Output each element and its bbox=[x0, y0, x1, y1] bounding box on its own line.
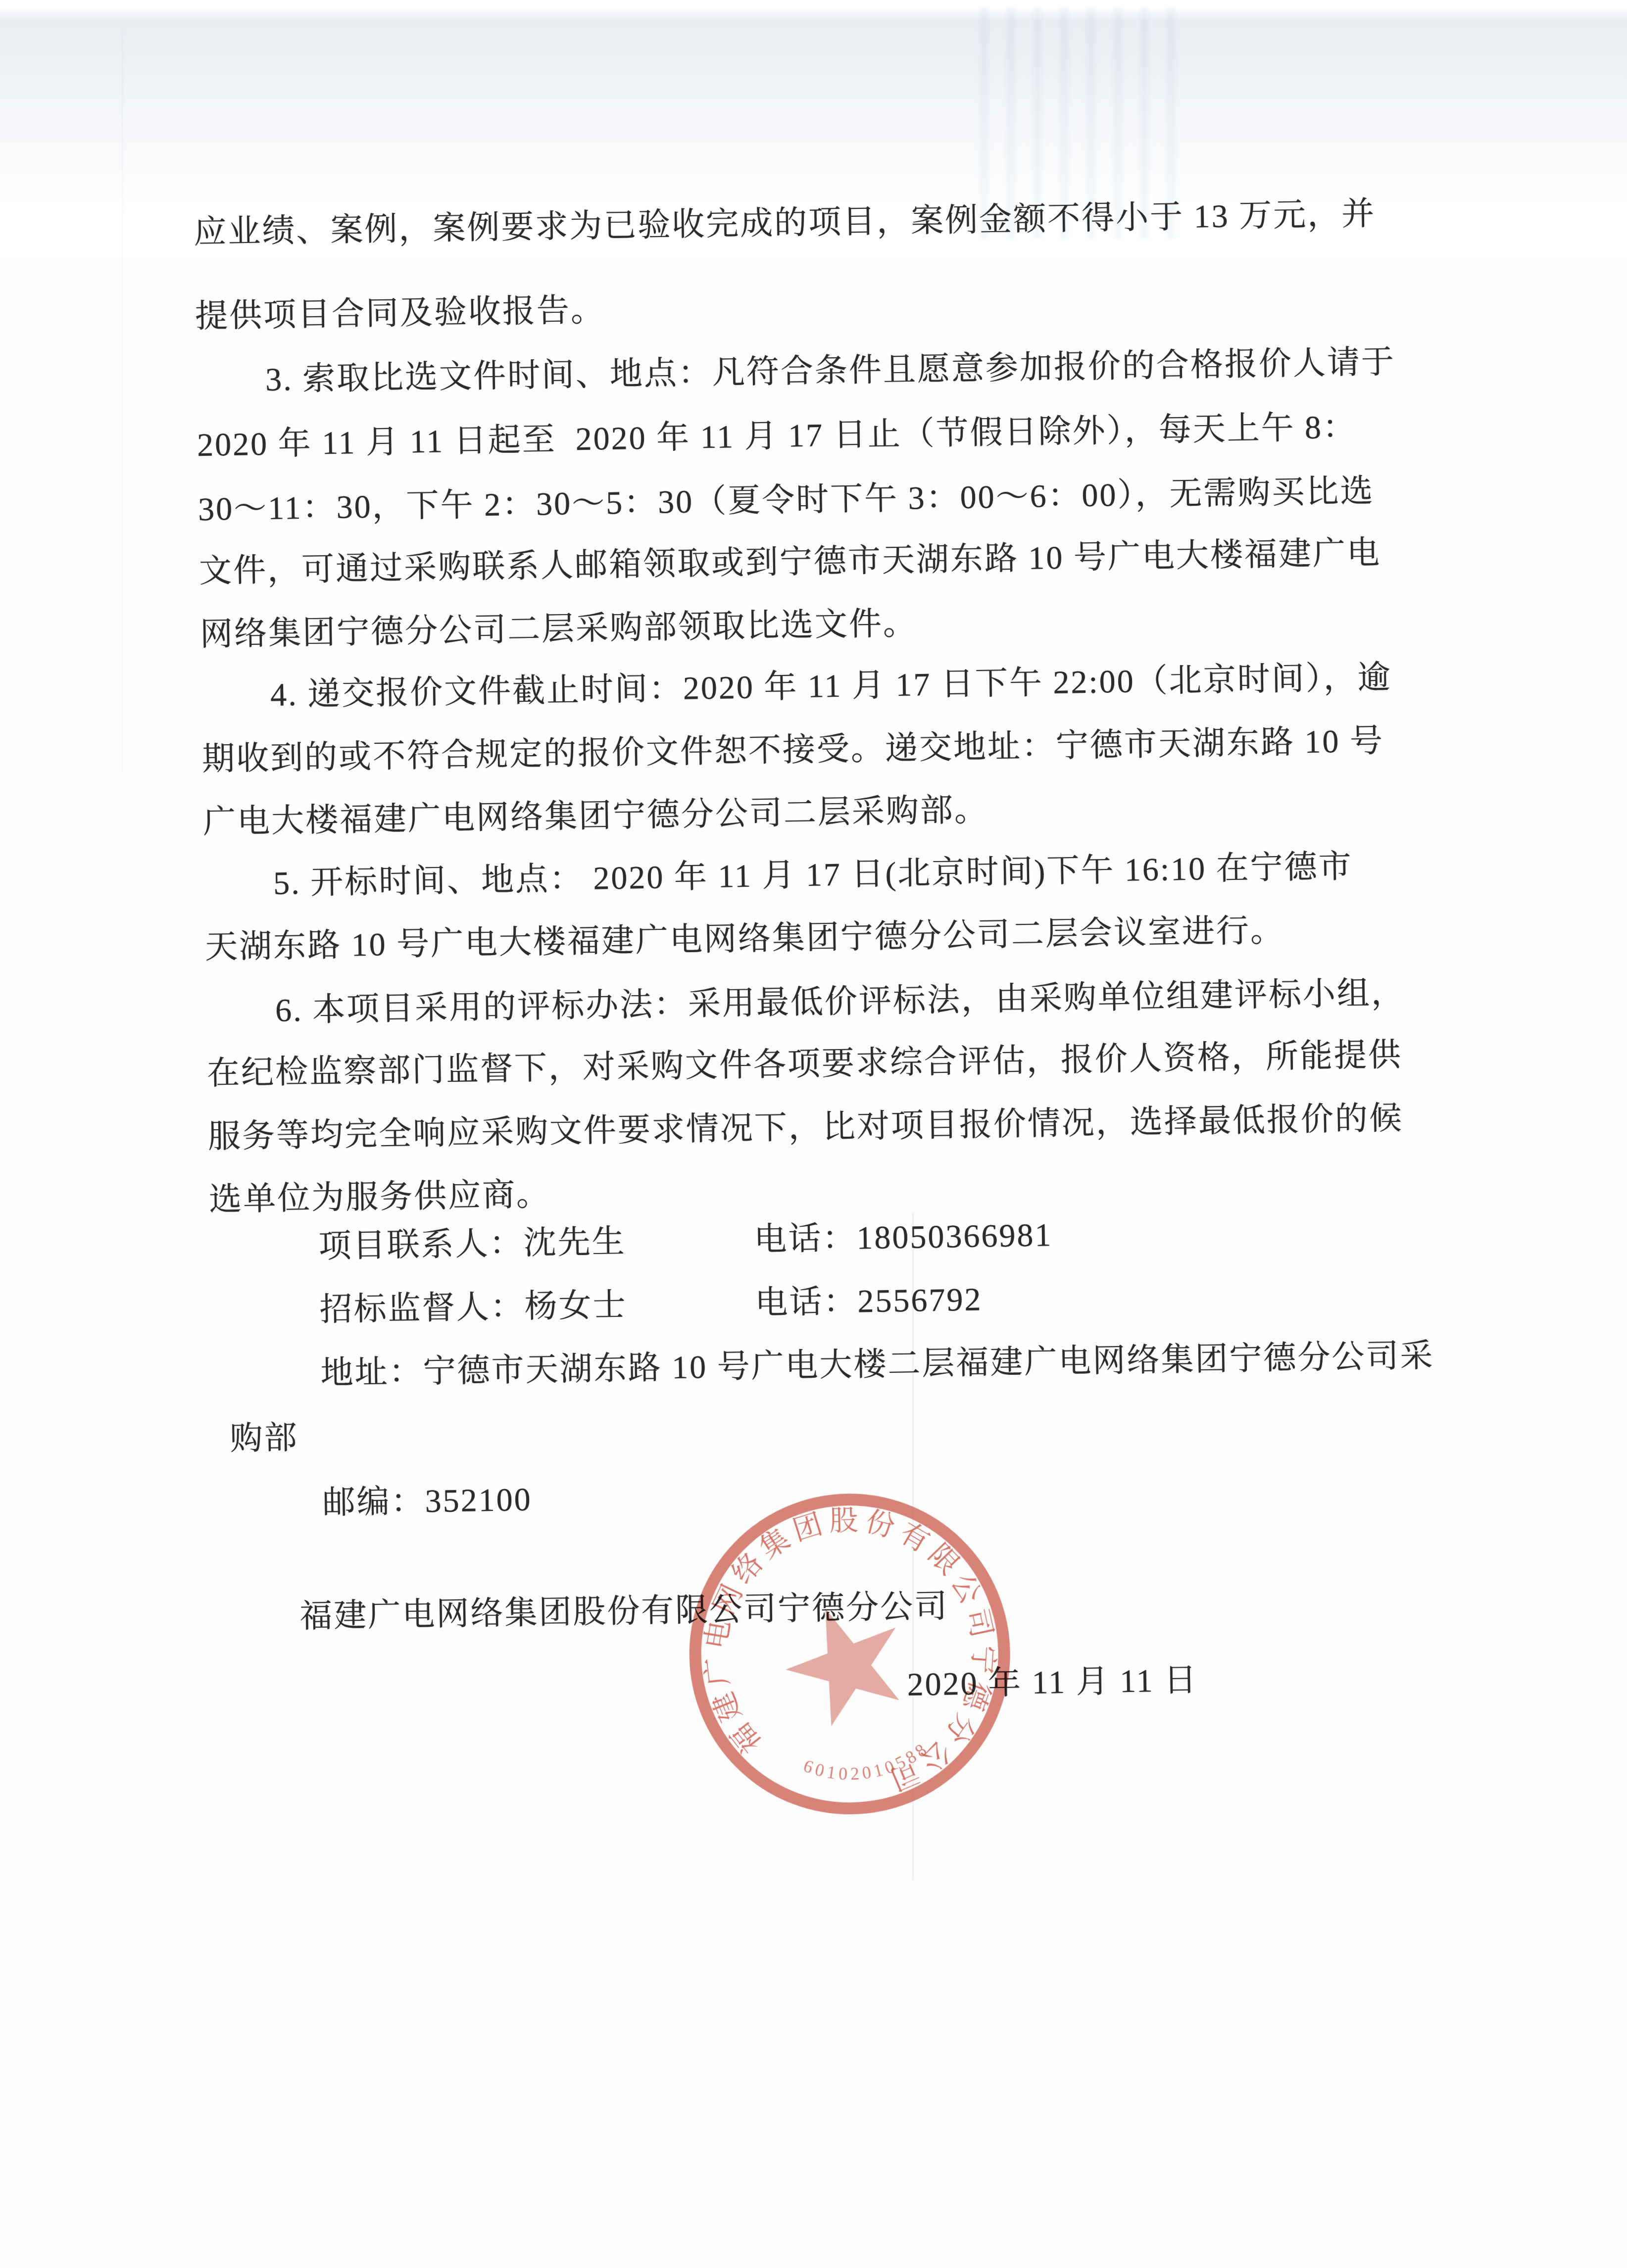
body-line: 网络集团宁德分公司二层采购部领取比选文件。 bbox=[199, 596, 917, 655]
address-line-continued: 购部 bbox=[230, 1411, 298, 1459]
body-line-item-3: 3. 索取比选文件时间、地点：凡符合条件且愿意参加报价的合格报价人请于 bbox=[265, 335, 1395, 400]
body-line: 在纪检监察部门监督下，对采购文件各项要求综合评估，报价人资格，所能提供 bbox=[206, 1028, 1402, 1094]
company-seal: 福建广电网络集团股份有限公司宁德分公司 60102010588 bbox=[659, 1463, 1041, 1847]
body-line: 广电大楼福建广电网络集团宁德分公司二层采购部。 bbox=[202, 783, 988, 842]
body-line: 服务等均完全响应采购文件要求情况下，比对项目报价情况，选择最低报价的候 bbox=[207, 1091, 1403, 1157]
scanned-document-page: 应业绩、案例，案例要求为已验收完成的项目，案例金额不得小于 13 万元，并 提供… bbox=[0, 0, 1627, 2268]
project-contact-label: 项目联系人：沈先生 bbox=[318, 1215, 626, 1267]
bid-supervisor-label: 招标监督人：杨女士 bbox=[319, 1278, 627, 1330]
address-line: 地址：宁德市天湖东路 10 号广电大楼二层福建广电网络集团宁德分公司采 bbox=[320, 1329, 1434, 1393]
company-seal-graphic: 福建广电网络集团股份有限公司宁德分公司 60102010588 bbox=[659, 1463, 1041, 1845]
body-line-item-4: 4. 递交报价文件截止时间：2020 年 11 月 17 日下午 22:00（北… bbox=[270, 650, 1392, 715]
body-line: 选单位为服务供应商。 bbox=[208, 1167, 550, 1220]
body-line-item-6: 6. 本项目采用的评标办法：采用最低价评标法，由采购单位组建评标小组， bbox=[275, 966, 1405, 1031]
body-line: 期收到的或不符合规定的报价文件恕不接受。递交地址：宁德市天湖东路 10 号 bbox=[201, 714, 1384, 779]
body-line: 2020 年 11 月 11 日起至 2020 年 11 月 17 日止（节假日… bbox=[197, 400, 1357, 465]
body-line: 文件，可通过采购联系人邮箱领取或到宁德市天湖东路 10 号广电大楼福建广电 bbox=[198, 526, 1381, 591]
body-line: 天湖东路 10 号广电大楼福建广电网络集团宁德分公司二层会议室进行。 bbox=[204, 904, 1284, 967]
body-line: 应业绩、案例，案例要求为已验收完成的项目，案例金额不得小于 13 万元，并 bbox=[194, 187, 1376, 252]
body-line-item-5: 5. 开标时间、地点： 2020 年 11 月 17 日(北京时间)下午 16:… bbox=[273, 840, 1353, 904]
postcode-line: 邮编：352100 bbox=[322, 1473, 532, 1523]
project-contact-phone: 电话：18050366981 bbox=[754, 1208, 1053, 1259]
bid-supervisor-phone: 电话：2556792 bbox=[755, 1272, 983, 1323]
body-line: 30～11：30，下午 2：30～5：30（夏令时下午 3：00～6：00），无… bbox=[197, 464, 1375, 530]
seal-star-icon bbox=[785, 1607, 899, 1727]
document-content: 应业绩、案例，案例要求为已验收完成的项目，案例金额不得小于 13 万元，并 提供… bbox=[0, 0, 1627, 2268]
body-line: 提供项目合同及验收报告。 bbox=[195, 283, 605, 337]
